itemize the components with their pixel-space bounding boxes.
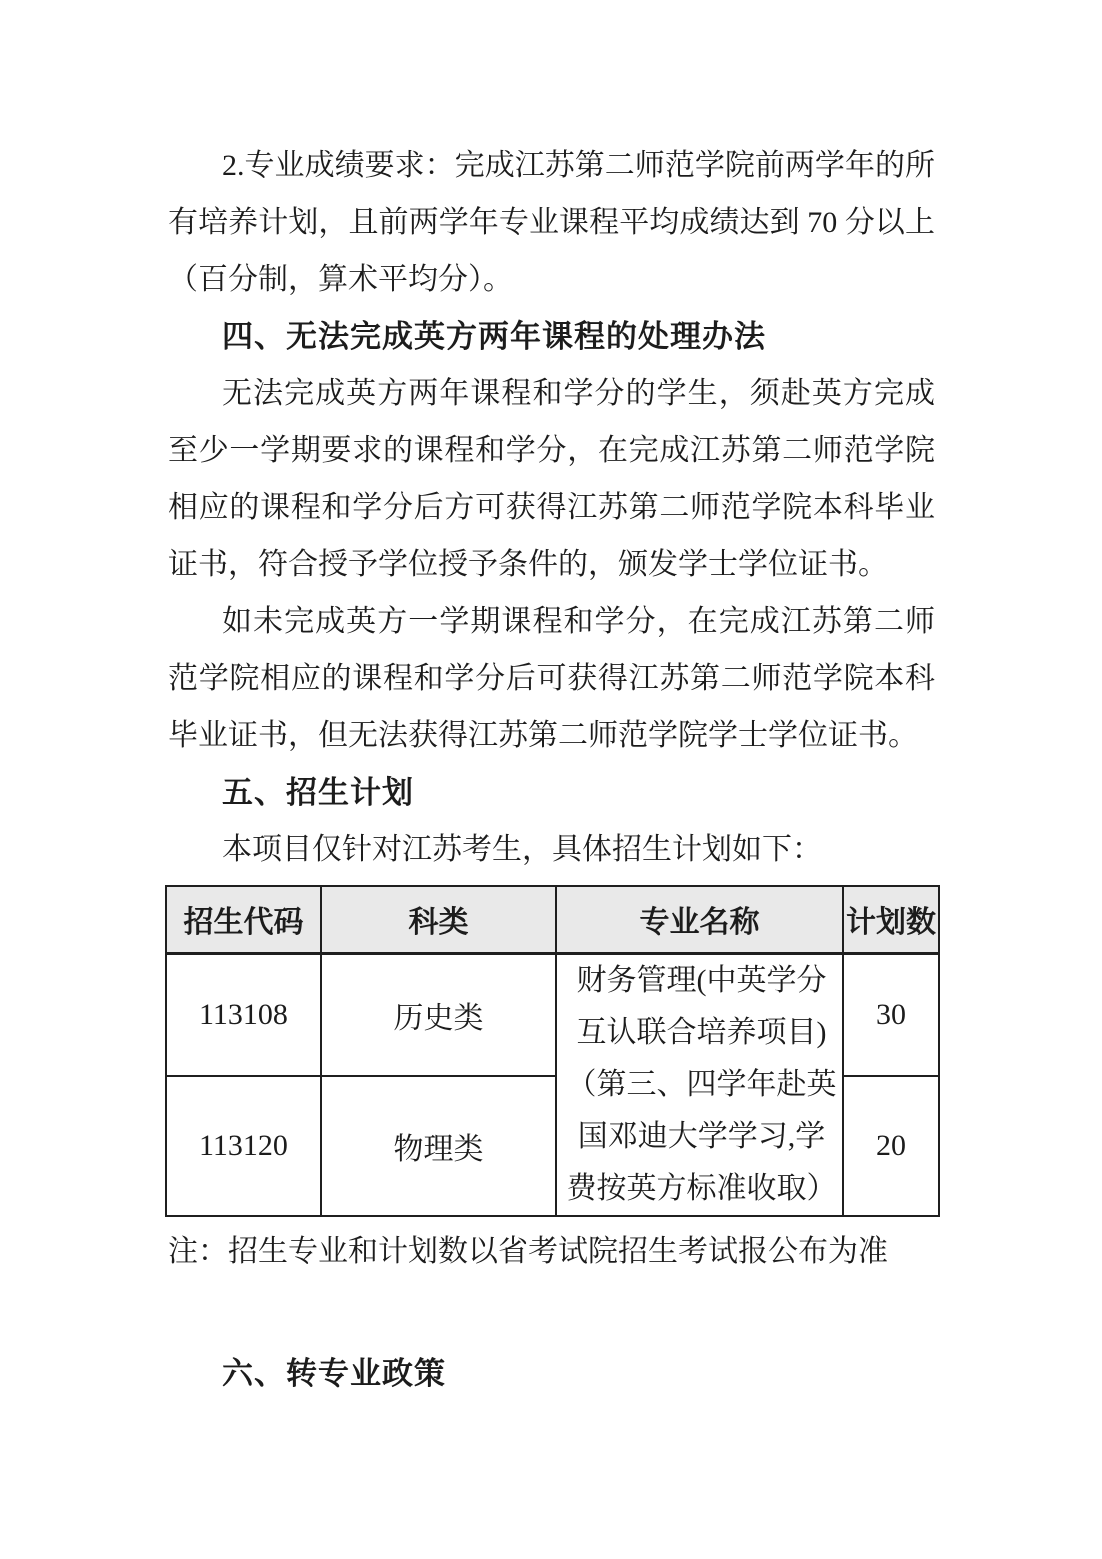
heading-section-6: 六、转专业政策 [222, 1345, 935, 1402]
document-page: 2.专业成绩要求：完成江苏第二师范学院前两学年的所有培养计划，且前两学年专业课程… [0, 0, 1102, 1559]
cell-plan-30: 30 [843, 953, 939, 1076]
paragraph-section-5-intro: 本项目仅针对江苏考生，具体招生计划如下： [168, 821, 935, 878]
paragraph-section-4-a: 无法完成英方两年课程和学分的学生，须赴英方完成至少一学期要求的课程和学分，在完成… [168, 365, 935, 593]
cell-code-113120: 113120 [166, 1076, 321, 1216]
table-header-row: 招生代码 科类 专业名称 计划数 [166, 886, 939, 953]
header-cell-major: 专业名称 [556, 886, 843, 953]
cell-major-merged: 财务管理(中英学分互认联合培养项目)（第三、四学年赴英国邓迪大学学习,学费按英方… [556, 953, 843, 1216]
document-body: 2.专业成绩要求：完成江苏第二师范学院前两学年的所有培养计划，且前两学年专业课程… [0, 0, 1102, 1402]
header-cell-category: 科类 [321, 886, 556, 953]
table-note: 注：招生专业和计划数以省考试院招生考试报公布为准 [168, 1223, 935, 1280]
cell-code-113108: 113108 [166, 953, 321, 1076]
table-row: 113108 历史类 财务管理(中英学分互认联合培养项目)（第三、四学年赴英国邓… [166, 953, 939, 1076]
cell-plan-20: 20 [843, 1076, 939, 1216]
paragraph-grade-requirement: 2.专业成绩要求：完成江苏第二师范学院前两学年的所有培养计划，且前两学年专业课程… [168, 137, 935, 308]
paragraph-section-4-b: 如未完成英方一学期课程和学分，在完成江苏第二师范学院相应的课程和学分后可获得江苏… [168, 593, 935, 764]
heading-section-5: 五、招生计划 [222, 764, 935, 821]
heading-section-4: 四、无法完成英方两年课程的处理办法 [222, 308, 935, 365]
header-cell-plan: 计划数 [843, 886, 939, 953]
cell-category-history: 历史类 [321, 953, 556, 1076]
enrollment-plan-table: 招生代码 科类 专业名称 计划数 113108 历史类 财务管理(中英学分互认联… [165, 885, 940, 1217]
header-cell-code: 招生代码 [166, 886, 321, 953]
cell-category-physics: 物理类 [321, 1076, 556, 1216]
